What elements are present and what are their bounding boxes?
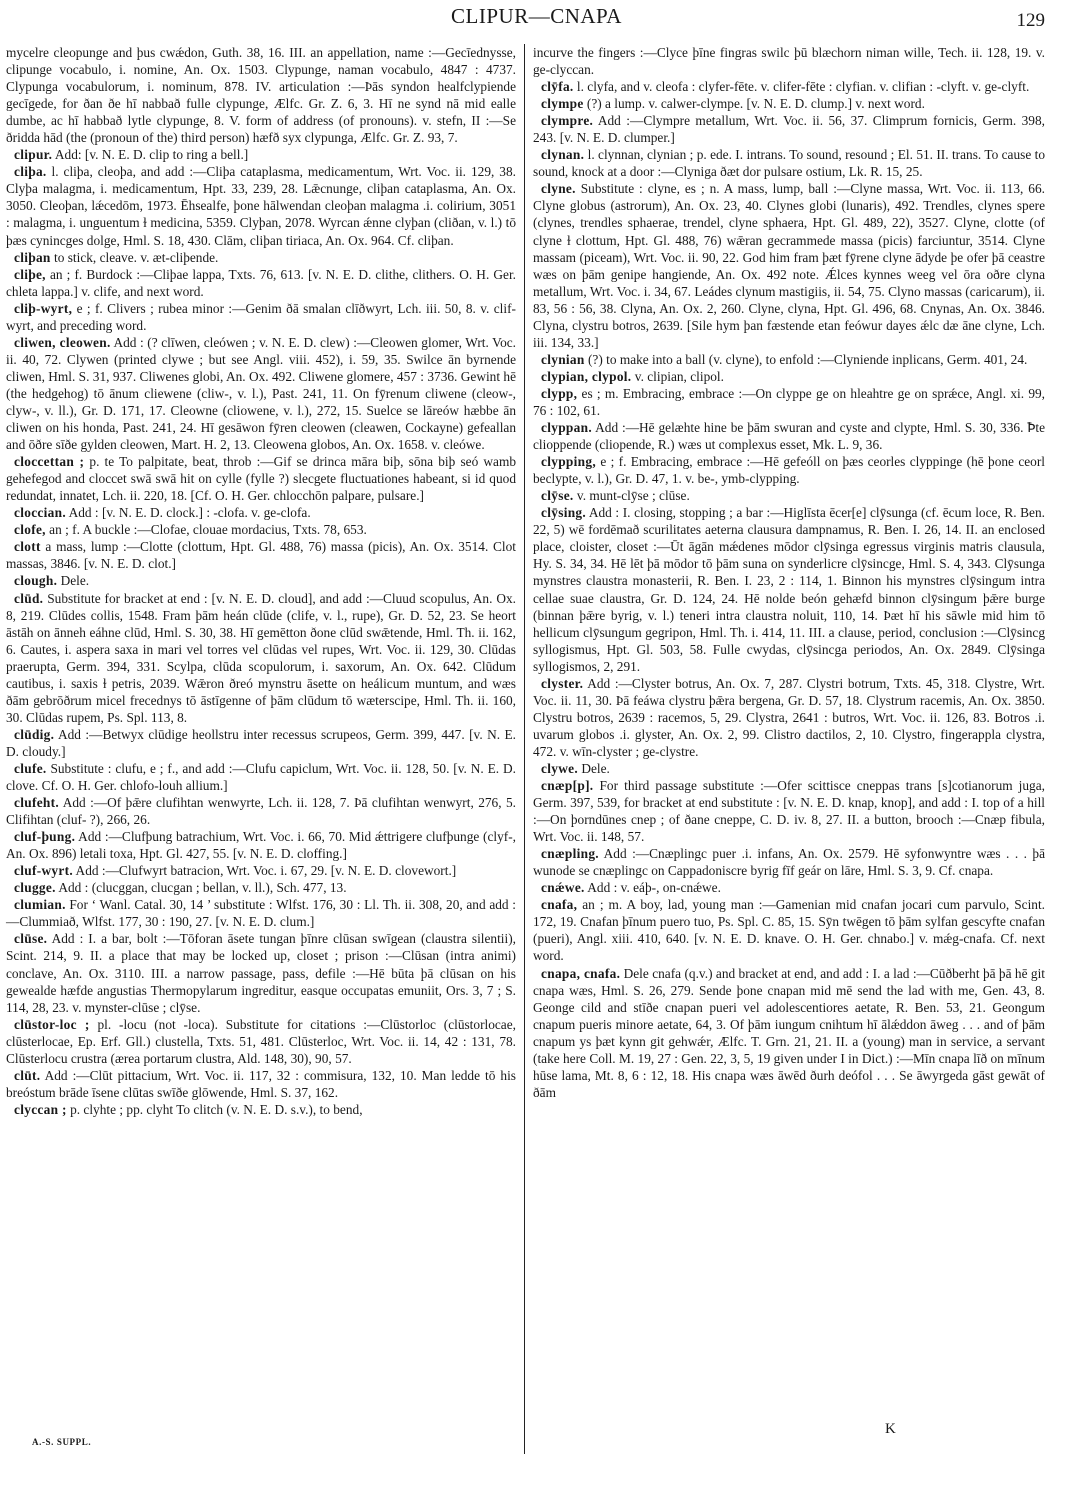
headword: cnafa, xyxy=(541,897,577,912)
dictionary-entry: cliwen, cleowen. Add : (? clīwen, cleówe… xyxy=(6,334,516,453)
dictionary-entry: cliþan to stick, cleave. v. æt-cliþende. xyxy=(6,249,516,266)
headword: clypp, xyxy=(541,386,577,401)
headword: cnapa, cnafa. xyxy=(541,966,620,981)
entry-text: For ‘ Wanl. Catal. 30, 14 ’ substitute :… xyxy=(6,897,516,929)
headword: clȳfa. xyxy=(541,79,574,94)
entry-text: e ; f. Clivers ; rubea minor :—Genim ðā … xyxy=(6,301,516,333)
headword: clyne. xyxy=(541,181,576,196)
dictionary-entry: clynan. l. clynnan, clynian ; p. ede. I.… xyxy=(533,146,1045,180)
page-header: CLIPUR—CNAPA 129 xyxy=(0,4,1073,34)
headword: clott xyxy=(14,539,41,554)
headword: clumian. xyxy=(14,897,66,912)
dictionary-entry: cnafa, an ; m. A boy, lad, young man :—G… xyxy=(533,896,1045,964)
headword: cnæpling. xyxy=(541,846,599,861)
entry-text: l. cliþa, cleoþa, and add :—Cliþa catapl… xyxy=(6,164,516,247)
dictionary-entry: clūd. Substitute for bracket at end : [v… xyxy=(6,590,516,726)
dictionary-entry: clugge. Add : (clucggan, clucgan ; bella… xyxy=(6,879,516,896)
headword: clyster. xyxy=(541,676,583,691)
entry-text: l. clyfa, and v. cleofa : clyfer-fēte. v… xyxy=(574,79,1030,94)
entry-text: Add : v. eáþ-, on-cnǽwe. xyxy=(585,880,721,895)
entry-text: Substitute : clufu, e ; f., and add :—Cl… xyxy=(6,761,516,793)
entry-text: Add :—Betwyx clūdige heollstru inter rec… xyxy=(6,727,516,759)
dictionary-entry: clūstor-loc ; pl. -locu (not -loca). Sub… xyxy=(6,1016,516,1067)
dictionary-entry: clywe. Dele. xyxy=(533,760,1045,777)
dictionary-entry: clympe (?) a lump. v. calwer-clympe. [v.… xyxy=(533,95,1045,112)
entry-text: p. clyhte ; pp. clyht To clitch (v. N. E… xyxy=(67,1102,363,1117)
dictionary-entry: cliþ-wyrt, e ; f. Clivers ; rubea minor … xyxy=(6,300,516,334)
dictionary-entry: clȳsing. Add : I. closing, stopping ; a … xyxy=(533,504,1045,674)
headword: clypian, clypol. xyxy=(541,369,631,384)
entry-text: (?) a lump. v. calwer-clympe. [v. N. E. … xyxy=(584,96,925,111)
entry-text: an ; f. Burdock :—Cliþae lappa, Txts. 76… xyxy=(6,267,516,299)
headword: cnæp[p]. xyxy=(541,778,593,793)
entry-text: v. clipian, clipol. xyxy=(631,369,724,384)
headword: clofe, xyxy=(14,522,46,537)
dictionary-entry: clufeht. Add :—Of þǣre clufihtan wenwyrt… xyxy=(6,794,516,828)
headword: cliwen, cleowen. xyxy=(14,335,111,350)
headword: clympe xyxy=(541,96,584,111)
headword: cliþ-wyrt, xyxy=(14,301,72,316)
entry-text: Dele cnafa (q.v.) and bracket at end, an… xyxy=(533,966,1045,1100)
dictionary-entry: clyppan. Add :—Hē gelæhte hine be þām sw… xyxy=(533,419,1045,453)
headword: clyppan. xyxy=(541,420,592,435)
dictionary-entry: clipur. Add: [v. N. E. D. clip to ring a… xyxy=(6,146,516,163)
entry-text: Add :—Clyster botrus, An. Ox. 7, 287. Cl… xyxy=(533,676,1045,759)
dictionary-entry: clypian, clypol. v. clipian, clipol. xyxy=(533,368,1045,385)
gathering-mark: K xyxy=(885,1421,896,1438)
headword: clywe. xyxy=(541,761,578,776)
dictionary-entry: clūt. Add :—Clūt pittacium, Wrt. Voc. ii… xyxy=(6,1067,516,1101)
entry-text: Add :—Cnæplingc puer .i. infans, An. Ox.… xyxy=(533,846,1045,878)
headword: clȳsing. xyxy=(541,505,586,520)
running-title: CLIPUR—CNAPA xyxy=(0,4,1073,29)
entry-text: mycelre cleopunge and þus cwǽdon, Guth. … xyxy=(6,45,516,145)
left-column: mycelre cleopunge and þus cwǽdon, Guth. … xyxy=(6,44,516,1118)
dictionary-entry: clyne. Substitute : clyne, es ; n. A mas… xyxy=(533,180,1045,350)
entry-text: Add : (clucggan, clucgan ; bellan, v. ll… xyxy=(56,880,347,895)
dictionary-entry: cnapa, cnafa. Dele cnafa (q.v.) and brac… xyxy=(533,965,1045,1101)
entry-text: For third passage substitute :—Ofer scit… xyxy=(533,778,1045,844)
dictionary-entry: cluf-wyrt. Add :—Clufwyrt batracion, Wrt… xyxy=(6,862,516,879)
entry-text: incurve the fingers :—Clyce þīne fingras… xyxy=(533,45,1045,77)
entry-text: Add :—Clūt pittacium, Wrt. Voc. ii. 117,… xyxy=(6,1068,516,1100)
entry-text: Add :—Hē gelæhte hine be þām swuran and … xyxy=(533,420,1045,452)
entry-text: a mass, lump :—Clotte (clottum, Hpt. Gl.… xyxy=(6,539,516,571)
entry-text: Add : [v. N. E. D. clock.] : -clofa. v. … xyxy=(66,505,311,520)
dictionary-entry: clott a mass, lump :—Clotte (clottum, Hp… xyxy=(6,538,516,572)
dictionary-entry: cnæpling. Add :—Cnæplingc puer .i. infan… xyxy=(533,845,1045,879)
entry-text: Add : I. closing, stopping ; a bar :—Hig… xyxy=(533,505,1045,673)
dictionary-entry: clympre. Add :—Clympre metallum, Wrt. Vo… xyxy=(533,112,1045,146)
dictionary-entry: clumian. For ‘ Wanl. Catal. 30, 14 ’ sub… xyxy=(6,896,516,930)
dictionary-entry: cluf-þung. Add :—Clufþung batrachium, Wr… xyxy=(6,828,516,862)
headword: clūt. xyxy=(14,1068,40,1083)
column-divider xyxy=(524,44,525,1454)
dictionary-entry: clyster. Add :—Clyster botrus, An. Ox. 7… xyxy=(533,675,1045,760)
dictionary-entry: clough. Dele. xyxy=(6,572,516,589)
entry-text: (?) to make into a ball (v. clyne), to e… xyxy=(585,352,1028,367)
signature-mark: A.-S. SUPPL. xyxy=(32,1437,91,1447)
right-column: incurve the fingers :—Clyce þīne fingras… xyxy=(533,44,1045,1101)
dictionary-entry: mycelre cleopunge and þus cwǽdon, Guth. … xyxy=(6,44,516,146)
headword: cluf-þung. xyxy=(14,829,75,844)
entry-text: e ; f. Embracing, embrace :—Hē gefeóll o… xyxy=(533,454,1045,486)
dictionary-entry: cliþe, an ; f. Burdock :—Cliþae lappa, T… xyxy=(6,266,516,300)
headword: clūd. xyxy=(14,591,43,606)
headword: clufeht. xyxy=(14,795,59,810)
dictionary-entry: clofe, an ; f. A buckle :—Clofae, clouae… xyxy=(6,521,516,538)
page-number: 129 xyxy=(1017,10,1046,32)
dictionary-entry: incurve the fingers :—Clyce þīne fingras… xyxy=(533,44,1045,78)
entry-text: Substitute for bracket at end : [v. N. E… xyxy=(6,591,516,725)
entry-text: Add : I. a bar, bolt :—Tōforan āsete tun… xyxy=(6,931,516,1014)
dictionary-entry: clūse. Add : I. a bar, bolt :—Tōforan ās… xyxy=(6,930,516,1015)
headword: clipur. xyxy=(14,147,52,162)
entry-text: Substitute : clyne, es ; n. A mass, lump… xyxy=(533,181,1045,349)
entry-text: an ; m. A boy, lad, young man :—Gamenian… xyxy=(533,897,1045,963)
headword: cloccettan ; xyxy=(14,454,84,469)
dictionary-entry: clynian (?) to make into a ball (v. clyn… xyxy=(533,351,1045,368)
headword: cloccian. xyxy=(14,505,66,520)
dictionary-entry: cloccian. Add : [v. N. E. D. clock.] : -… xyxy=(6,504,516,521)
headword: cluf-wyrt. xyxy=(14,863,73,878)
entry-text: Add :—Of þǣre clufihtan wenwyrte, Lch. i… xyxy=(6,795,516,827)
dictionary-entry: clypping, e ; f. Embracing, embrace :—Hē… xyxy=(533,453,1045,487)
headword: clynan. xyxy=(541,147,584,162)
dictionary-entry: clȳfa. l. clyfa, and v. cleofa : clyfer-… xyxy=(533,78,1045,95)
entry-text: Add :—Clufwyrt batracion, Wrt. Voc. i. 6… xyxy=(73,863,456,878)
entry-text: v. munt-clȳse ; clūse. xyxy=(574,488,690,503)
headword: clyccan ; xyxy=(14,1102,67,1117)
headword: cnǽwe. xyxy=(541,880,585,895)
dictionary-entry: clufe. Substitute : clufu, e ; f., and a… xyxy=(6,760,516,794)
dictionary-entry: cnǽwe. Add : v. eáþ-, on-cnǽwe. xyxy=(533,879,1045,896)
entry-text: Add : (? clīwen, cleówen ; v. N. E. D. c… xyxy=(6,335,516,452)
entry-text: l. clynnan, clynian ; p. ede. I. intrans… xyxy=(533,147,1045,179)
headword: clympre. xyxy=(541,113,593,128)
dictionary-entry: cloccettan ; p. te To palpitate, beat, t… xyxy=(6,453,516,504)
dictionary-entry: clypp, es ; m. Embracing, embrace :—On c… xyxy=(533,385,1045,419)
headword: clough. xyxy=(14,573,57,588)
headword: cliþa. xyxy=(14,164,47,179)
entry-text: Add :—Clympre metallum, Wrt. Voc. ii. 56… xyxy=(533,113,1045,145)
dictionary-entry: cnæp[p]. For third passage substitute :—… xyxy=(533,777,1045,845)
dictionary-entry: clūdig. Add :—Betwyx clūdige heollstru i… xyxy=(6,726,516,760)
entry-text: to stick, cleave. v. æt-cliþende. xyxy=(51,250,219,265)
entry-text: Dele. xyxy=(57,573,89,588)
headword: clypping, xyxy=(541,454,596,469)
dictionary-entry: clȳse. v. munt-clȳse ; clūse. xyxy=(533,487,1045,504)
headword: clūdig. xyxy=(14,727,54,742)
entry-text: Add :—Clufþung batrachium, Wrt. Voc. i. … xyxy=(6,829,516,861)
entry-text: Add: [v. N. E. D. clip to ring a bell.] xyxy=(52,147,248,162)
headword: clūstor-loc ; xyxy=(14,1017,90,1032)
headword: clugge. xyxy=(14,880,56,895)
entry-text: es ; m. Embracing, embrace :—On clyppe g… xyxy=(533,386,1045,418)
entry-text: an ; f. A buckle :—Clofae, clouae mordac… xyxy=(46,522,367,537)
headword: clufe. xyxy=(14,761,47,776)
dictionary-entry: clyccan ; p. clyhte ; pp. clyht To clitc… xyxy=(6,1101,516,1118)
headword: clūse. xyxy=(14,931,47,946)
headword: cliþan xyxy=(14,250,51,265)
entry-text: Dele. xyxy=(578,761,610,776)
headword: clynian xyxy=(541,352,585,367)
headword: clȳse. xyxy=(541,488,574,503)
dictionary-entry: cliþa. l. cliþa, cleoþa, and add :—Cliþa… xyxy=(6,163,516,248)
headword: cliþe, xyxy=(14,267,46,282)
